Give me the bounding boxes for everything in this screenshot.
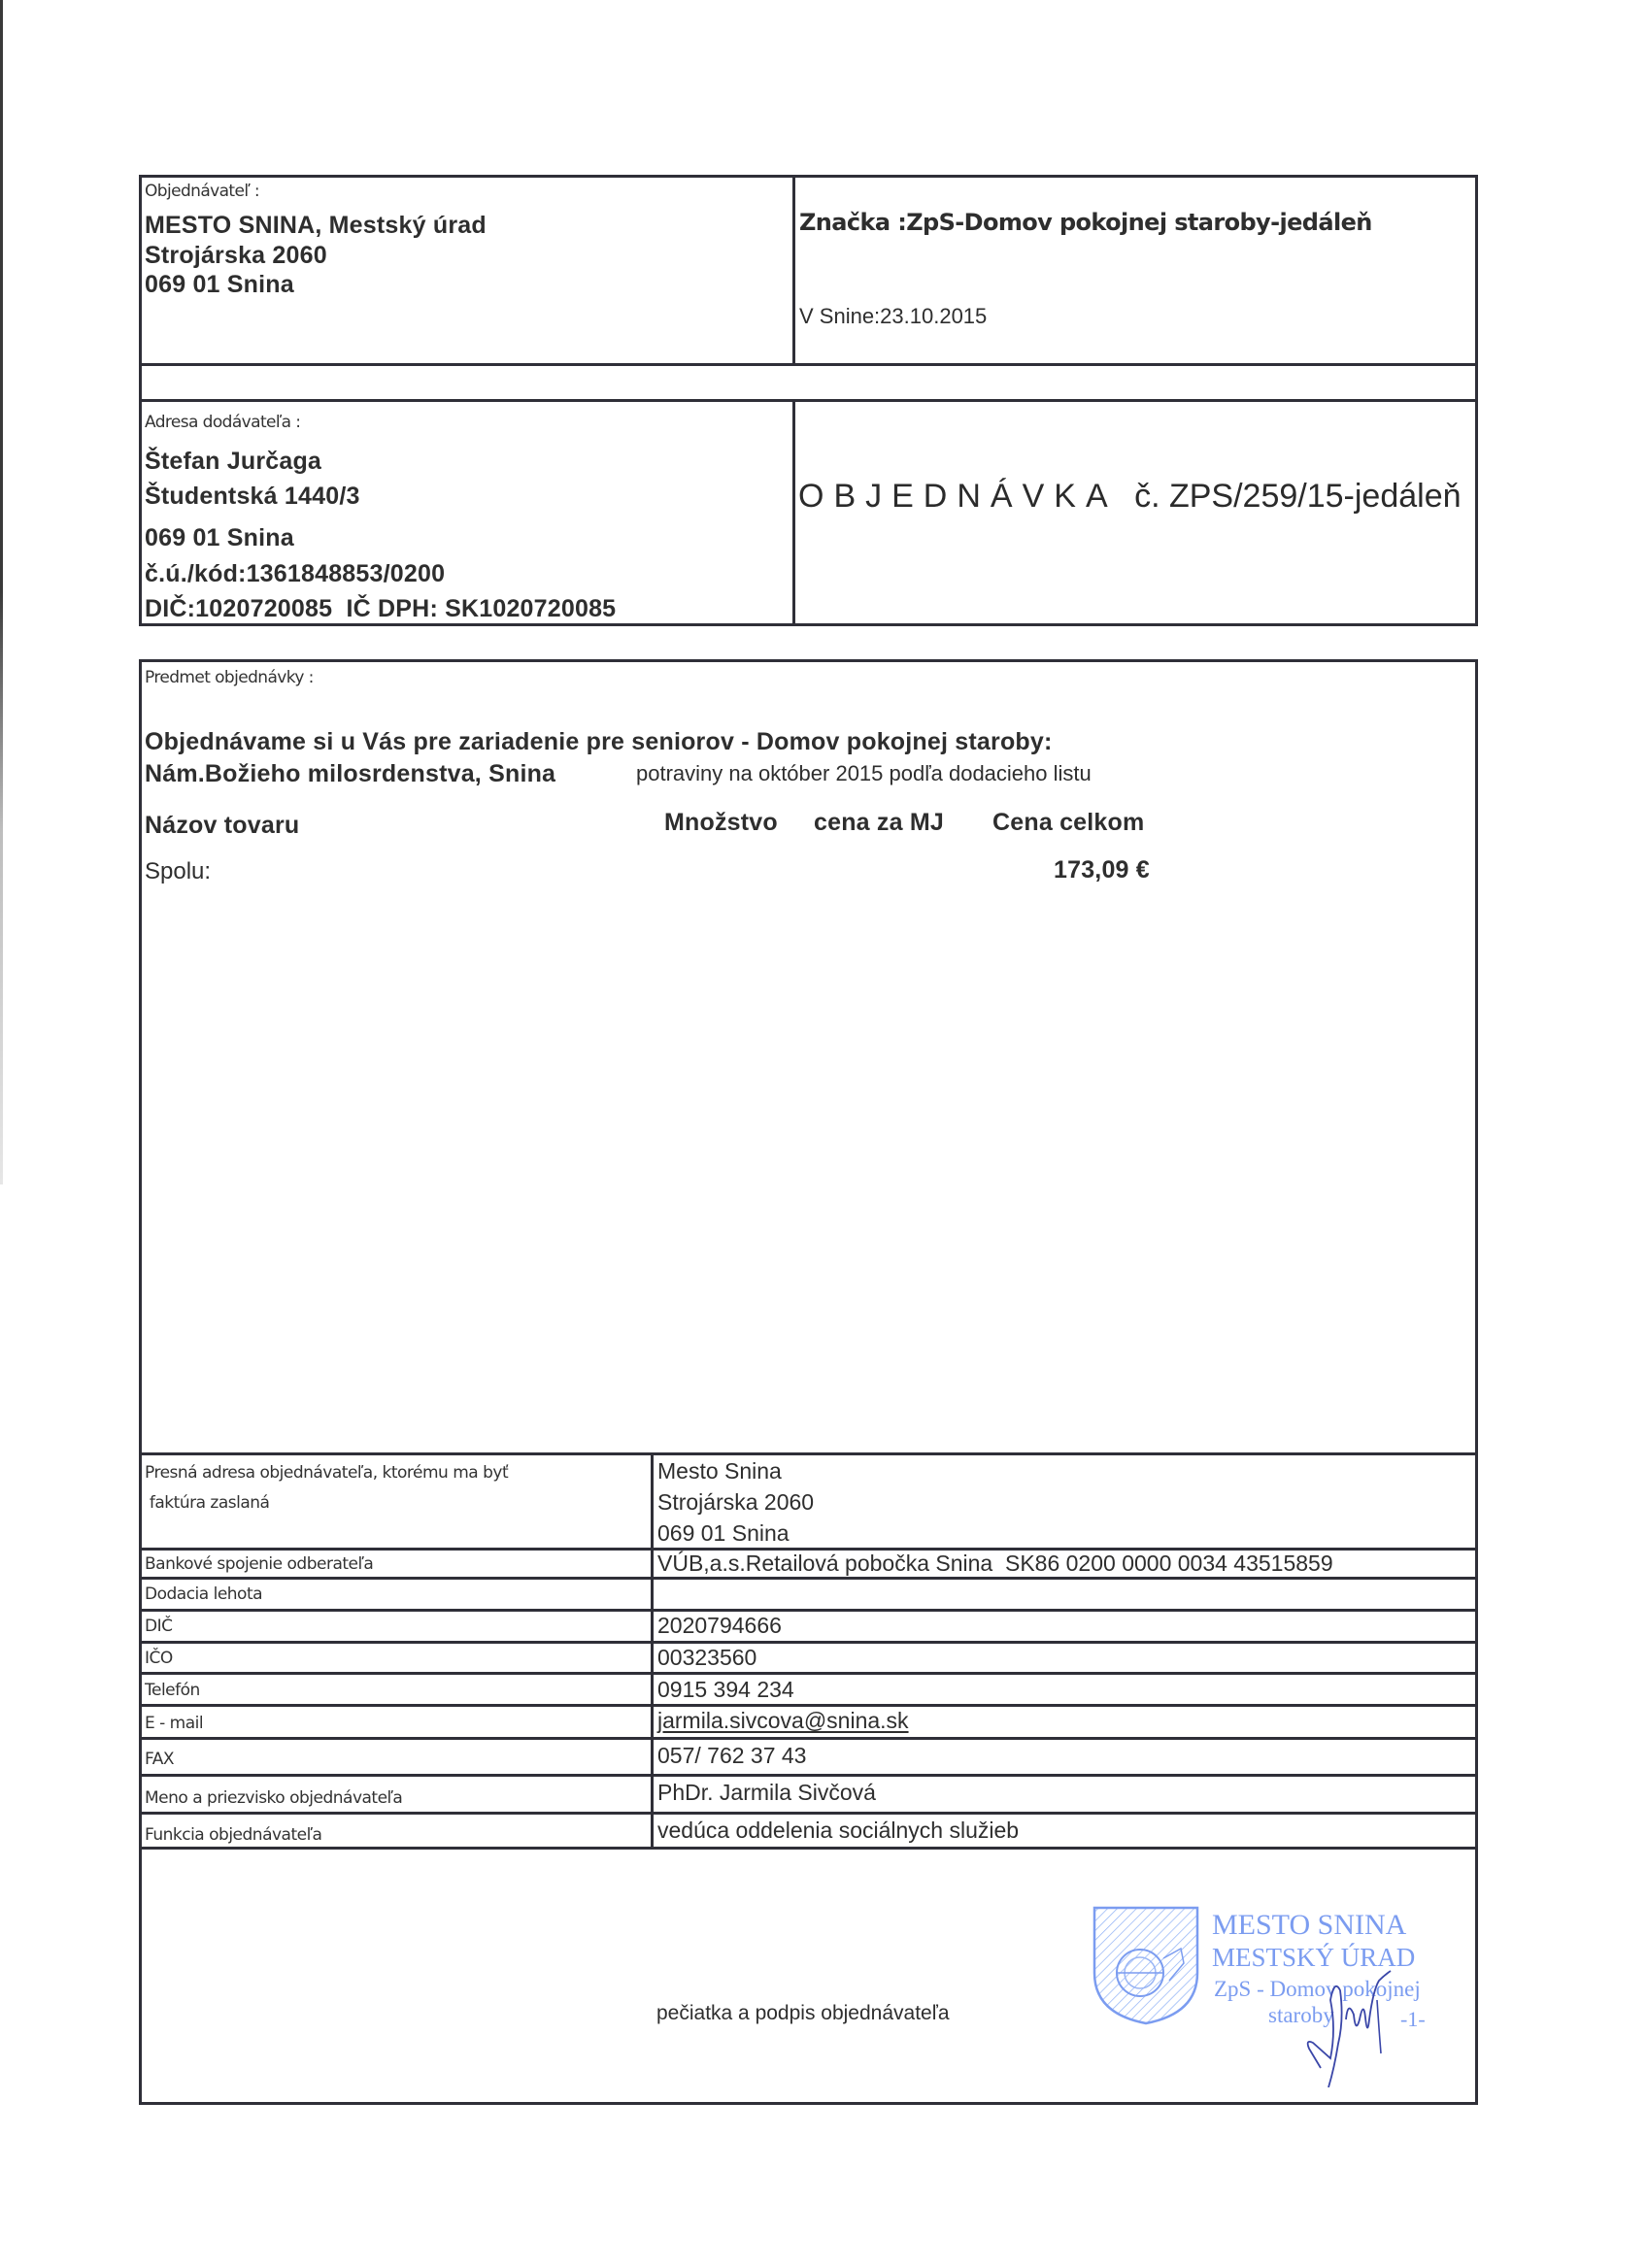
- info-row-line: [139, 1577, 1478, 1580]
- city-coat-of-arms-stamp-icon: [1092, 1905, 1200, 2026]
- order-title-word: OBJEDNÁVKA: [798, 478, 1118, 515]
- info-label-name: Meno a priezvisko objednávateľa: [145, 1788, 402, 1808]
- order-title: OBJEDNÁVKA č. ZPS/259/15-jedáleň: [798, 478, 1462, 516]
- handwritten-signature: [1301, 1961, 1408, 2087]
- info-label-invoice-address: Presná adresa objednávateľa, ktorému ma …: [145, 1463, 508, 1483]
- info-value-ico: 00323560: [657, 1645, 756, 1671]
- reference-date: V Snine:23.10.2015: [799, 304, 987, 329]
- subject-address: Nám.Božieho milosrdenstva, Snina: [145, 760, 555, 788]
- scan-edge-line: [0, 0, 3, 1184]
- sum-value: 173,09 €: [1054, 856, 1150, 884]
- orderer-divider: [792, 175, 795, 366]
- supplier-city: 069 01 Snina: [145, 524, 294, 552]
- signature-caption: pečiatka a podpis objednávateľa: [656, 2002, 950, 2025]
- info-label-phone: Telefón: [145, 1681, 200, 1700]
- info-value-address-line3: 069 01 Snina: [657, 1520, 790, 1547]
- signature-section: [139, 1847, 1478, 2105]
- info-label-ico: IČO: [145, 1649, 173, 1668]
- subject-label: Predmet objednávky :: [145, 668, 314, 687]
- subject-description: potraviny na október 2015 podľa dodacieh…: [636, 761, 1092, 786]
- sum-label: Spolu:: [145, 858, 211, 885]
- info-value-address-line1: Mesto Snina: [657, 1458, 782, 1484]
- info-value-phone: 0915 394 234: [657, 1677, 794, 1703]
- subject-intro: Objednávame si u Vás pre zariadenie pre …: [145, 728, 1053, 756]
- info-label-delivery-term: Dodacia lehota: [145, 1584, 262, 1604]
- info-value-dic: 2020794666: [657, 1613, 782, 1639]
- info-row-line: [139, 1609, 1478, 1612]
- orderer-city: 069 01 Snina: [145, 271, 294, 299]
- orderer-street: Strojárska 2060: [145, 242, 327, 270]
- info-value-function: vedúca oddelenia sociálnych služieb: [657, 1818, 1019, 1844]
- info-value-email-link[interactable]: jarmila.sivcova@snina.sk: [657, 1708, 909, 1734]
- info-value-address-line2: Strojárska 2060: [657, 1489, 814, 1516]
- supplier-name: Štefan Jurčaga: [145, 448, 321, 476]
- reference-mark: Značka :ZpS-Domov pokojnej staroby-jedál…: [799, 209, 1372, 236]
- supplier-street: Študentská 1440/3: [145, 483, 360, 511]
- info-row-line: [139, 1641, 1478, 1644]
- column-total: Cena celkom: [992, 809, 1144, 837]
- info-label-fax: FAX: [145, 1750, 174, 1769]
- supplier-account: č.ú./kód:1361848853/0200: [145, 560, 445, 588]
- order-number: č. ZPS/259/15-jedáleň: [1134, 478, 1461, 515]
- supplier-tax-ids: DIČ:1020720085 IČ DPH: SK1020720085: [145, 595, 616, 623]
- spacer-row: [139, 363, 1478, 402]
- supplier-label: Adresa dodávateľa :: [145, 413, 300, 432]
- supplier-divider: [792, 399, 795, 626]
- orderer-label: Objednávateľ :: [145, 182, 259, 201]
- info-label-function: Funkcia objednávateľa: [145, 1825, 321, 1845]
- column-item: Názov tovaru: [145, 812, 299, 840]
- info-table-divider: [651, 1452, 654, 1850]
- info-row-line: [139, 1774, 1478, 1777]
- stamp-line1: MESTO SNINA: [1212, 1909, 1406, 1942]
- info-row-line: [139, 1672, 1478, 1675]
- info-label-dic: DIČ: [145, 1617, 172, 1636]
- info-label-email: E - mail: [145, 1714, 203, 1733]
- info-value-name: PhDr. Jarmila Sivčová: [657, 1780, 876, 1806]
- orderer-name: MESTO SNINA, Mestský úrad: [145, 212, 487, 240]
- info-row-line: [139, 1704, 1478, 1707]
- info-row-line: [139, 1812, 1478, 1815]
- info-label-invoice-address-2: faktúra zaslaná: [145, 1493, 269, 1513]
- info-value-fax: 057/ 762 37 43: [657, 1743, 806, 1769]
- info-label-bank: Bankové spojenie odberateľa: [145, 1554, 373, 1574]
- orderer-section: [139, 175, 1478, 366]
- info-value-bank: VÚB,a.s.Retailová pobočka Snina SK86 020…: [657, 1551, 1333, 1577]
- info-row-line: [139, 1737, 1478, 1740]
- column-quantity: Množstvo: [664, 809, 778, 837]
- column-unit-price: cena za MJ: [814, 809, 944, 837]
